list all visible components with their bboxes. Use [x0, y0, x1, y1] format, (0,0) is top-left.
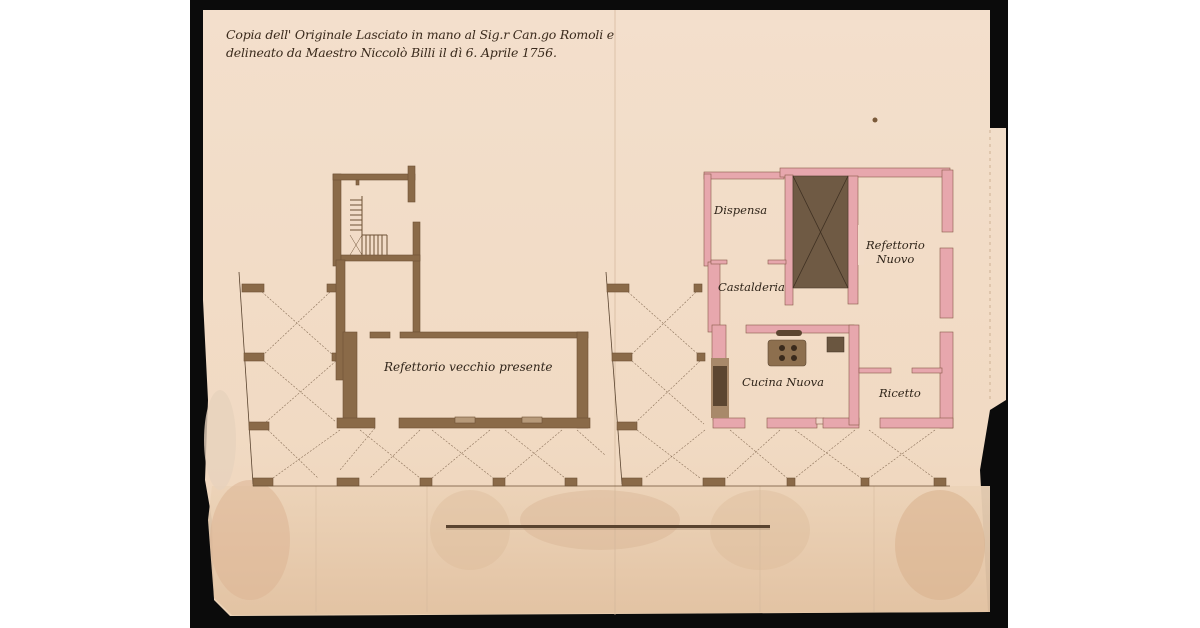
label-refettorio-nuovo-line1: Refettorio [866, 238, 925, 252]
label-ricetto: Ricetto [879, 386, 921, 400]
title-line-2: delineato da Maestro Niccolò Billi il dì… [226, 44, 586, 62]
title-inscription: Copia dell' Originale Lasciato in mano a… [226, 26, 586, 62]
label-refettorio-nuovo: Refettorio Nuovo [866, 238, 925, 266]
light-well [793, 176, 848, 288]
label-refettorio-vecchio: Refettorio vecchio presente [384, 360, 553, 374]
label-castalderia: Castalderia [718, 280, 785, 294]
manuscript-sheet [0, 0, 1200, 628]
title-line-1: Copia dell' Originale Lasciato in mano a… [226, 26, 586, 44]
label-cucina-nuova: Cucina Nuova [742, 375, 824, 389]
floor-plan-drawing [0, 0, 1200, 628]
label-dispensa: Dispensa [714, 203, 767, 217]
label-refettorio-nuovo-line2: Nuovo [866, 252, 925, 266]
